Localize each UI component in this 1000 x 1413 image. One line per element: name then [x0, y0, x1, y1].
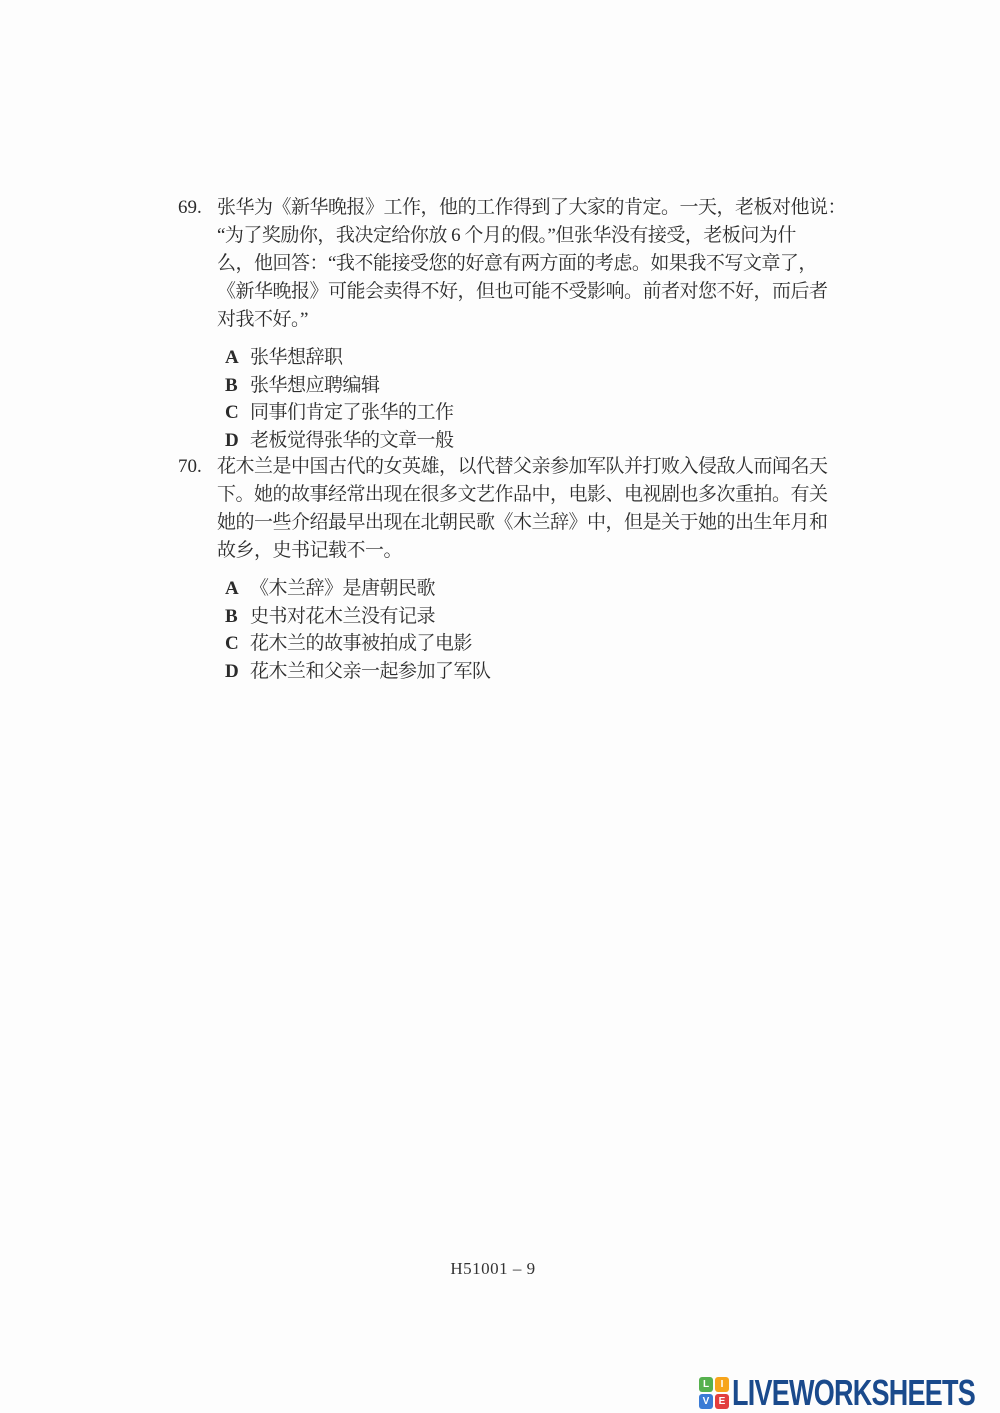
question-number: 70.	[178, 453, 217, 481]
options-list: A 张华想辞职 B 张华想应聘编辑 C 同事们肯定了张华的工作 D 老板觉得张华…	[225, 344, 898, 454]
passage-line: 下。她的故事经常出现在很多文艺作品中，电影、电视剧也多次重拍。有关	[217, 481, 898, 509]
passage-line: 花木兰是中国古代的女英雄，以代替父亲参加军队并打败入侵敌人而闻名天	[217, 453, 898, 481]
option-letter: B	[225, 372, 250, 400]
option-a[interactable]: A 张华想辞职	[225, 344, 898, 372]
option-b[interactable]: B 张华想应聘编辑	[225, 372, 898, 400]
option-b[interactable]: B 史书对花木兰没有记录	[225, 603, 898, 631]
logo-square-e: E	[715, 1394, 729, 1409]
passage-line: 么，他回答：“我不能接受您的好意有两方面的考虑。如果我不写文章了，	[217, 250, 898, 278]
option-text: 同事们肯定了张华的工作	[250, 399, 454, 427]
logo-square-l: L	[699, 1377, 713, 1392]
page-footer-code: H51001 – 9	[0, 1259, 986, 1279]
question-69: 69. 张华为《新华晚报》工作，他的工作得到了大家的肯定。一天，老板对他说： “…	[178, 194, 898, 454]
option-d[interactable]: D 花木兰和父亲一起参加了军队	[225, 658, 898, 686]
option-letter: D	[225, 427, 250, 455]
passage-line: 对我不好。”	[217, 306, 898, 334]
option-letter: B	[225, 603, 250, 631]
option-text: 花木兰和父亲一起参加了军队	[250, 658, 491, 686]
option-letter: A	[225, 344, 250, 372]
liveworksheets-wordmark: LIVEWORKSHEETS	[732, 1372, 975, 1413]
option-c[interactable]: C 花木兰的故事被拍成了电影	[225, 630, 898, 658]
logo-square-v: V	[699, 1394, 713, 1409]
option-text: 史书对花木兰没有记录	[250, 603, 435, 631]
passage-line: “为了奖励你，我决定给你放 6 个月的假。”但张华没有接受，老板问为什	[217, 222, 898, 250]
passage-line: 她的一些介绍最早出现在北朝民歌《木兰辞》中，但是关于她的出生年月和	[217, 509, 898, 537]
logo-square-i: I	[715, 1377, 729, 1392]
question-passage: 张华为《新华晚报》工作，他的工作得到了大家的肯定。一天，老板对他说： “为了奖励…	[217, 194, 898, 334]
passage-line: 《新华晚报》可能会卖得不好，但也可能不受影响。前者对您不好，而后者	[217, 278, 898, 306]
option-a[interactable]: A 《木兰辞》是唐朝民歌	[225, 575, 898, 603]
option-letter: D	[225, 658, 250, 686]
liveworksheets-logo-icon: L I V E	[699, 1377, 729, 1409]
option-text: 老板觉得张华的文章一般	[250, 427, 454, 455]
option-d[interactable]: D 老板觉得张华的文章一般	[225, 427, 898, 455]
question-number: 69.	[178, 194, 217, 222]
option-text: 《木兰辞》是唐朝民歌	[250, 575, 435, 603]
worksheet-page: 69. 张华为《新华晚报》工作，他的工作得到了大家的肯定。一天，老板对他说： “…	[0, 0, 1000, 1413]
option-letter: A	[225, 575, 250, 603]
option-text: 张华想辞职	[250, 344, 343, 372]
option-text: 张华想应聘编辑	[250, 372, 380, 400]
passage-line: 故乡，史书记载不一。	[217, 537, 898, 565]
option-text: 花木兰的故事被拍成了电影	[250, 630, 472, 658]
option-c[interactable]: C 同事们肯定了张华的工作	[225, 399, 898, 427]
option-letter: C	[225, 630, 250, 658]
options-list: A 《木兰辞》是唐朝民歌 B 史书对花木兰没有记录 C 花木兰的故事被拍成了电影…	[225, 575, 898, 685]
liveworksheets-logo[interactable]: L I V E LIVEWORKSHEETS	[699, 1372, 1000, 1413]
question-70: 70. 花木兰是中国古代的女英雄，以代替父亲参加军队并打败入侵敌人而闻名天 下。…	[178, 453, 898, 685]
question-passage: 花木兰是中国古代的女英雄，以代替父亲参加军队并打败入侵敌人而闻名天 下。她的故事…	[217, 453, 898, 565]
option-letter: C	[225, 399, 250, 427]
passage-line: 张华为《新华晚报》工作，他的工作得到了大家的肯定。一天，老板对他说：	[217, 194, 898, 222]
